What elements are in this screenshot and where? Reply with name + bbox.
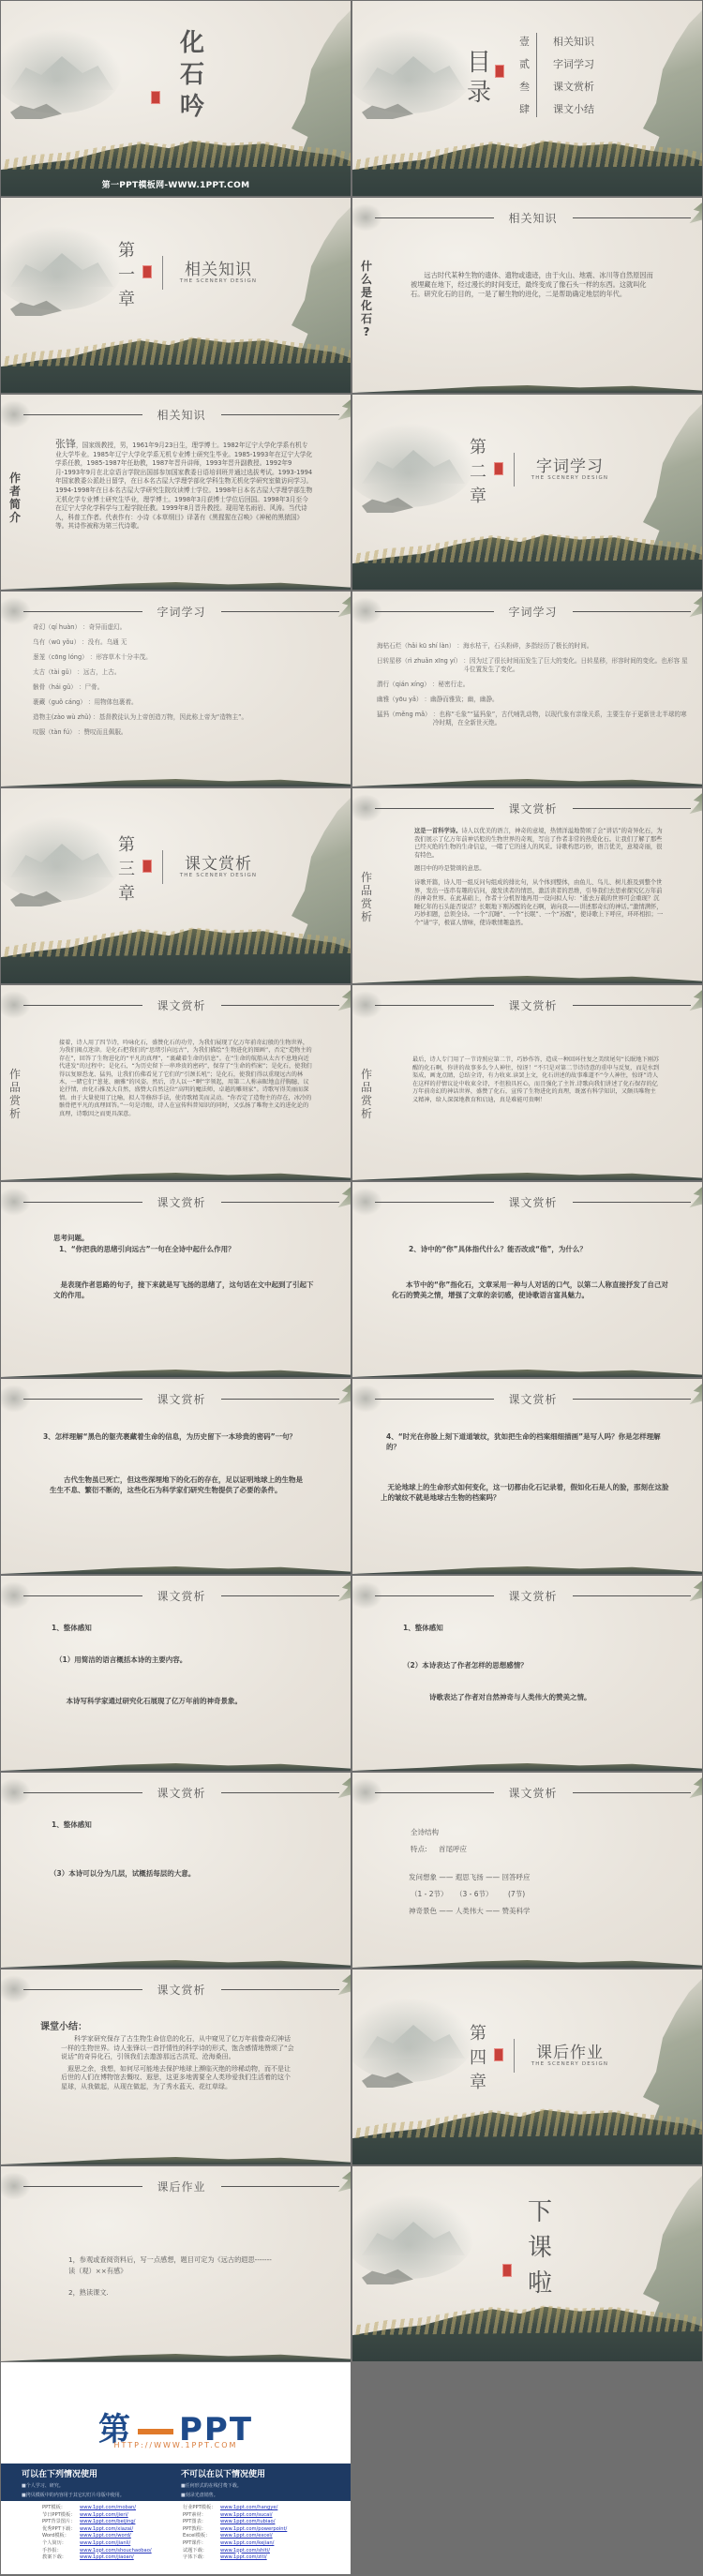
side-title: 作者简介 bbox=[8, 472, 22, 524]
section-heading: 1、整体感知 bbox=[52, 1820, 92, 1830]
mountain-strip-decoration bbox=[352, 1173, 702, 1180]
mountain-strip-decoration bbox=[1, 1763, 351, 1771]
slide-header: 课文赏析 bbox=[375, 1589, 691, 1602]
vocab-row: 叹服（tàn fú）：赞叹而且佩服。 bbox=[33, 728, 337, 737]
slide-question-1[interactable]: 课文赏析 思考问题。 1、“你把我的思绪引向远古”一句在全诗中起什么作用？ 是表… bbox=[1, 1182, 351, 1377]
question-text: 4、“时光在你脸上刻下道道皱纹，犹如把生命的档案细细描画”是写人吗？你是怎样理解… bbox=[386, 1431, 667, 1452]
link[interactable]: www.1ppt.com/shiti/ bbox=[220, 2548, 270, 2555]
chapter-title: 相关知识 bbox=[172, 256, 265, 279]
slide-chapter-3[interactable]: 第三章 课文赏析 THE SCENERY DESIGN bbox=[1, 788, 351, 983]
link[interactable]: www.1ppt.com/kejian/ bbox=[220, 2540, 274, 2548]
toc-number: 肆 bbox=[519, 101, 534, 116]
red-seal-icon bbox=[494, 2048, 503, 2061]
structure-row: 神奇景色 —— 人类伟大 —— 赞美科学 bbox=[409, 1906, 531, 1916]
slide-header: 相关知识 bbox=[23, 408, 339, 421]
slide-header: 课文赏析 bbox=[23, 1786, 339, 1799]
slide-vocabulary-1[interactable]: 字词学习 奇幻（qí huàn）：奇异而虚幻。 乌有（wū yǒu）：没有。乌通… bbox=[1, 592, 351, 786]
question-text: （2）本诗表达了作者怎样的思想感情？ bbox=[403, 1660, 666, 1670]
feature-value: 首尾呼应 bbox=[439, 1844, 467, 1854]
slide-analysis-3[interactable]: 课文赏析 作品赏析 最后，诗人专门用了一节诗照应第二节，巧妙作答，造成一种回环往… bbox=[352, 985, 702, 1180]
vocab-row: 骸骨（hái gǔ）：尸骨。 bbox=[33, 683, 337, 692]
red-seal-icon bbox=[142, 860, 152, 873]
slide-summary[interactable]: 课文赏析 课堂小结： 科学家研究保存了古生物生命信息的化石，从中窥见了亿万年前像… bbox=[1, 1969, 351, 2164]
mountain-strip-decoration bbox=[1, 1960, 351, 1968]
red-seal-icon bbox=[142, 265, 152, 278]
slide-header: 相关知识 bbox=[375, 211, 691, 224]
vocabulary-list: 海枯石烂（hǎi kū shí làn）：海水枯干，石头粉碎，多指经历了极长的时… bbox=[377, 642, 689, 734]
answer-text: 诗歌表达了作者对自然神奇与人类伟大的赞美之情。 bbox=[429, 1692, 673, 1702]
slide-header: 课文赏析 bbox=[375, 1786, 691, 1799]
divider bbox=[514, 453, 515, 487]
link[interactable]: www.1ppt.com/ziti/ bbox=[220, 2554, 267, 2562]
analysis-text: 最后，诗人专门用了一节诗照应第二节，巧妙作答，造成一种回环往复之美续尾句“长眠地… bbox=[412, 1056, 662, 1105]
homework-item: 1，参观或查阅资料后，写一点感想，题目可定为《远古的遐思-------读（观）×… bbox=[68, 2254, 275, 2277]
slide-header: 课文赏析 bbox=[375, 801, 691, 815]
slide-perception-2[interactable]: 课文赏析 1、整体感知 （2）本诗表达了作者怎样的思想感情？ 诗歌表达了作者对自… bbox=[352, 1576, 702, 1771]
summary-heading: 课堂小结： bbox=[40, 2018, 87, 2032]
chapter-title: 字词学习 bbox=[523, 453, 617, 476]
forbidden-usage: 不可以在以下情况使用 ■任何形式的在线付费下载。 ■刻录光盘销售。 bbox=[181, 2467, 265, 2498]
template-ad-panel: 第PPT HTTP://WWW.1PPT.COM 可以在下列情况使用 ■个人学习… bbox=[1, 2362, 351, 2574]
vocab-row: 潜行（qián xíng）：秘密行走。 bbox=[377, 681, 689, 689]
fossil-definition-text: 远古时代某种生物的遗体、遗物或遗迹，由于火山、地震、冰川等自然原因而被埋藏在地下… bbox=[411, 271, 656, 299]
link[interactable]: www.1ppt.com/beijing/ bbox=[80, 2519, 135, 2526]
slide-chapter-2[interactable]: 第二章 字词学习 THE SCENERY DESIGN bbox=[352, 395, 702, 590]
ending-title: 下课啦 bbox=[527, 2194, 553, 2301]
divider bbox=[162, 256, 163, 290]
link[interactable]: www.1ppt.com/word/ bbox=[80, 2533, 131, 2540]
side-title: 作品赏析 bbox=[360, 871, 373, 923]
answer-text: 古代生物虽已死亡，但这些深埋地下的化石的存在，足以证明地球上的生物是生生不息、繁… bbox=[50, 1475, 308, 1495]
slide-toc[interactable]: 目录 壹 贰 叁 肆 相关知识 字词学习 课文赏析 课文小结 bbox=[352, 1, 702, 196]
slide-vocabulary-2[interactable]: 字词学习 海枯石烂（hǎi kū shí làn）：海水枯干，石头粉碎，多指经历… bbox=[352, 592, 702, 786]
allowed-usage: 可以在下列情况使用 ■个人学习、研究。 ■拷贝模板中的内容用于其它幻灯片母版中使… bbox=[22, 2467, 125, 2498]
mountain-strip-decoration bbox=[352, 1566, 702, 1574]
red-seal-icon bbox=[495, 65, 504, 78]
slide-perception-1[interactable]: 课文赏析 1、整体感知 （1）用简洁的语言概括本诗的主要内容。 本诗写科学家通过… bbox=[1, 1576, 351, 1771]
mountain-strip-decoration bbox=[352, 976, 702, 983]
chapter-number: 第一章 bbox=[117, 239, 136, 312]
mountain-strip-decoration bbox=[1, 2354, 351, 2361]
author-name: 张锋 bbox=[55, 438, 76, 450]
answer-text: 本节中的“你”指化石，文章采用一种与人对话的口气，以第二人称直接抒发了自己对化石… bbox=[392, 1280, 673, 1300]
question-text: （3）本诗可以分为几层，试概括每层的大意。 bbox=[50, 1868, 312, 1879]
red-seal-icon bbox=[494, 462, 503, 475]
links-right: 行业PPT模板：www.1ppt.com/hangye/ PPT素材：www.1… bbox=[183, 2505, 287, 2562]
vocab-row: 裹藏（guǒ cáng）：用物体包裹着。 bbox=[33, 698, 337, 707]
slide-homework[interactable]: 课后作业 1，参观或查阅资料后，写一点感想，题目可定为《远古的遐思-------… bbox=[1, 2166, 351, 2361]
author-bio-text: 张锋，国家级教授，男，1961年9月23日生，理学博士。1982年辽宁大学化学系… bbox=[55, 440, 314, 532]
chapter-subtitle: THE SCENERY DESIGN bbox=[523, 475, 617, 481]
question-text: 3、怎样理解“黑色的躯壳裹藏着生命的信息，为历史留下一本珍贵的密码”一句？ bbox=[38, 1431, 301, 1442]
slide-header: 课文赏析 bbox=[23, 1589, 339, 1602]
vocab-row: 太古（tài gǔ）：远古，上古。 bbox=[33, 668, 337, 677]
section-heading: 1、整体感知 bbox=[403, 1623, 443, 1633]
chapter-subtitle: THE SCENERY DESIGN bbox=[523, 2061, 617, 2067]
answer-text: 本诗写科学家通过研究化石展现了亿万年前的神奇景象。 bbox=[59, 1696, 293, 1706]
chapter-subtitle: THE SCENERY DESIGN bbox=[172, 278, 265, 284]
mountain-strip-decoration bbox=[352, 385, 702, 393]
vocab-row: 幽雅（yōu yǎ）：幽静而雅致；幽，幽静。 bbox=[377, 696, 689, 704]
slide-ending[interactable]: 下课啦 bbox=[352, 2166, 702, 2361]
brand-url[interactable]: HTTP://WWW.1PPT.COM bbox=[1, 2441, 351, 2449]
link[interactable]: www.1ppt.com/jiaoan/ bbox=[80, 2554, 134, 2562]
link[interactable]: www.1ppt.com/xiazai/ bbox=[80, 2526, 133, 2534]
link[interactable]: www.1ppt.com/jianli/ bbox=[80, 2540, 130, 2548]
link[interactable]: www.1ppt.com/excel/ bbox=[220, 2533, 273, 2540]
chapter-number: 第二章 bbox=[469, 436, 487, 509]
chapter-subtitle: THE SCENERY DESIGN bbox=[172, 873, 265, 878]
slide-header: 字词学习 bbox=[23, 605, 339, 618]
structure-section: (7节) bbox=[508, 1889, 525, 1899]
analysis-text: 这是一首科学诗。诗人以优美的语言，神奇的意境，热情洋溢地赞颂了会“讲话”的奇异化… bbox=[414, 828, 664, 934]
analysis-text: 接着，诗人用了四节诗，吟咏化石，盛赞化石的功劳，为我们展现了亿万年前奇幻般的生物… bbox=[59, 1040, 312, 1118]
slide-header: 课文赏析 bbox=[23, 1392, 339, 1405]
link[interactable]: www.1ppt.com/sucai/ bbox=[220, 2512, 273, 2520]
vocabulary-list: 奇幻（qí huàn）：奇异而虚幻。 乌有（wū yǒu）：没有。乌通 无 葱茏… bbox=[33, 623, 337, 743]
chapter-number: 第四章 bbox=[469, 2022, 487, 2095]
watermark-text: 第一PPT模板网-WWW.1PPT.COM bbox=[1, 178, 351, 190]
side-title: 作品赏析 bbox=[360, 1068, 373, 1120]
question-text: 2、诗中的“你”具体指代什么？能否改成“他”，为什么？ bbox=[409, 1244, 671, 1254]
red-seal-icon bbox=[502, 2264, 512, 2277]
mountain-strip-decoration bbox=[352, 1370, 702, 1377]
divider bbox=[514, 2039, 515, 2073]
vocab-row: 猛犸（měng mǎ）：也称“毛象”“猛犸象”，古代哺乳动物，以现代象有亲缘关系… bbox=[377, 711, 689, 727]
slide-header: 课文赏析 bbox=[375, 1195, 691, 1208]
links-left: PPT模板：www.1ppt.com/moban/ 节日PPT模板：www.1p… bbox=[42, 2505, 152, 2562]
toc-number: 叁 bbox=[519, 79, 534, 94]
answer-text: 无论地球上的生命形式如何变化，这一切都由化石记录着，假如化石是人的脸，那刻在这脸… bbox=[381, 1482, 671, 1503]
slide-header: 课文赏析 bbox=[375, 1392, 691, 1405]
toc-item-summary[interactable]: 课文小结 bbox=[553, 101, 594, 116]
slide-header: 课文赏析 bbox=[23, 1195, 339, 1208]
slide-chapter-4[interactable]: 第四章 课后作业 THE SCENERY DESIGN bbox=[352, 1969, 702, 2164]
structure-title: 全诗结构 bbox=[411, 1827, 439, 1837]
slide-analysis-2[interactable]: 课文赏析 作品赏析 接着，诗人用了四节诗，吟咏化石，盛赞化石的功劳，为我们展现了… bbox=[1, 985, 351, 1180]
cover-title: 化石吟 bbox=[179, 27, 205, 123]
link[interactable]: www.1ppt.com/shouchaobao/ bbox=[80, 2548, 152, 2555]
lead-sentence: 这是一首科学诗。 bbox=[414, 828, 461, 834]
slide-cover[interactable]: 化石吟 第一PPT模板网-WWW.1PPT.COM bbox=[1, 1, 351, 196]
chapter-number: 第三章 bbox=[117, 833, 136, 906]
link[interactable]: www.1ppt.com/hangye/ bbox=[220, 2505, 277, 2512]
answer-text: 是表现作者思路的句子，接下来就是写飞扬的思绪了，这句话在文中起到了引起下文的作用… bbox=[53, 1280, 316, 1300]
slide-question-3[interactable]: 课文赏析 3、怎样理解“黑色的躯壳裹藏着生命的信息，为历史留下一本珍贵的密码”一… bbox=[1, 1379, 351, 1574]
slide-question-4[interactable]: 课文赏析 4、“时光在你脸上刻下道道皱纹，犹如把生命的档案细细描画”是写人吗？你… bbox=[352, 1379, 702, 1574]
slide-chapter-1[interactable]: 第一章 相关知识 THE SCENERY DESIGN bbox=[1, 198, 351, 393]
chapter-title: 课文赏析 bbox=[172, 850, 265, 874]
toc-item-related-knowledge[interactable]: 相关知识 bbox=[553, 34, 594, 49]
red-seal-icon bbox=[151, 91, 160, 104]
slide-analysis-1[interactable]: 课文赏析 作品赏析 这是一首科学诗。诗人以优美的语言，神奇的意境，热情洋溢地赞颂… bbox=[352, 788, 702, 983]
slide-perception-3[interactable]: 课文赏析 1、整体感知 （3）本诗可以分为几层，试概括每层的大意。 bbox=[1, 1773, 351, 1968]
slide-author-bio[interactable]: 相关知识 作者简介 张锋，国家级教授，男，1961年9月23日生，理学博士。19… bbox=[1, 395, 351, 590]
slide-header: 课文赏析 bbox=[23, 998, 339, 1011]
slide-header: 课文赏析 bbox=[23, 1983, 339, 1996]
mountain-strip-decoration bbox=[352, 1763, 702, 1771]
structure-section: （3 - 6节） bbox=[456, 1889, 493, 1899]
vocab-row: 乌有（wū yǒu）：没有。乌通 无 bbox=[33, 638, 337, 647]
question-text: 1、“你把我的思绪引向远古”一句在全诗中起什么作用？ bbox=[59, 1244, 322, 1254]
slide-header: 课文赏析 bbox=[375, 998, 691, 1011]
link[interactable]: www.1ppt.com/powerpoint/ bbox=[220, 2526, 287, 2534]
link[interactable]: www.1ppt.com/jieri/ bbox=[80, 2512, 128, 2520]
slide-question-2[interactable]: 课文赏析 2、诗中的“你”具体指代什么？能否改成“他”，为什么？ 本节中的“你”… bbox=[352, 1182, 702, 1377]
question-intro: 思考问题。 bbox=[53, 1233, 316, 1243]
vocab-row: 葱茏（cōng lóng）：形容草木十分丰茂。 bbox=[33, 653, 337, 662]
vocab-row: 奇幻（qí huàn）：奇异而虚幻。 bbox=[33, 623, 337, 632]
toc-item-text-analysis[interactable]: 课文赏析 bbox=[553, 79, 594, 94]
vocab-row: 造物主(zào wù zhǔ)：基督教徒认为上帝创造万物，因此称上帝为“造物主”… bbox=[33, 713, 337, 722]
toc-title: 目录 bbox=[467, 48, 491, 108]
mountain-strip-decoration bbox=[1, 1370, 351, 1377]
homework-item: 2，熟读课文. bbox=[68, 2288, 275, 2298]
slide-header: 课后作业 bbox=[23, 2179, 339, 2193]
slide-fossil-definition[interactable]: 相关知识 什么是化石? 远古时代某种生物的遗体、遗物或遗迹，由于火山、地震、冰川… bbox=[352, 198, 702, 393]
structure-section: （1 - 2节） bbox=[411, 1889, 448, 1899]
mountain-strip-decoration bbox=[352, 1960, 702, 1968]
chapter-title: 课后作业 bbox=[523, 2039, 617, 2062]
mountain-strip-decoration bbox=[1, 779, 351, 786]
feature-label: 特点: bbox=[411, 1844, 427, 1854]
vocab-row: 海枯石烂（hǎi kū shí làn）：海水枯干，石头粉碎，多指经历了极长的时… bbox=[377, 642, 689, 651]
section-heading: 1、整体感知 bbox=[52, 1623, 92, 1633]
vocab-row: 日转星移（rì zhuǎn xīng yí）：因为过了很长时间而发生了巨大的变化… bbox=[377, 657, 689, 674]
slide-header: 字词学习 bbox=[375, 605, 691, 618]
mountain-strip-decoration bbox=[1, 582, 351, 590]
divider bbox=[536, 33, 537, 117]
link[interactable]: www.1ppt.com/tubiao/ bbox=[220, 2519, 275, 2526]
mountain-strip-decoration bbox=[1, 2157, 351, 2164]
slide-structure[interactable]: 课文赏析 全诗结构 特点: 首尾呼应 发问想象 —— 遐思飞扬 —— 回答呼应 … bbox=[352, 1773, 702, 1968]
divider bbox=[162, 850, 163, 884]
summary-text: 科学家研究保存了古生物生命信息的化石，从中窥见了亿万年前像奇幻神话一样的生物世界… bbox=[61, 2035, 295, 2098]
toc-number: 壹 bbox=[519, 34, 534, 49]
link[interactable]: www.1ppt.com/moban/ bbox=[80, 2505, 136, 2512]
logo-dash-icon bbox=[138, 2429, 173, 2434]
mountain-strip-decoration bbox=[1, 1173, 351, 1180]
mountain-strip-decoration bbox=[1, 1566, 351, 1574]
side-title: 什么是化石? bbox=[360, 260, 373, 338]
mountain-strip-decoration bbox=[352, 779, 702, 786]
question-text: （1）用简洁的语言概括本诗的主要内容。 bbox=[55, 1655, 318, 1665]
side-title: 作品赏析 bbox=[8, 1068, 22, 1120]
usage-band: 可以在下列情况使用 ■个人学习、研究。 ■拷贝模板中的内容用于其它幻灯片母版中使… bbox=[1, 2464, 351, 2501]
toc-item-vocabulary[interactable]: 字词学习 bbox=[553, 56, 594, 71]
toc-number: 贰 bbox=[519, 56, 534, 71]
structure-row: 发问想象 —— 遐思飞扬 —— 回答呼应 bbox=[409, 1872, 531, 1882]
